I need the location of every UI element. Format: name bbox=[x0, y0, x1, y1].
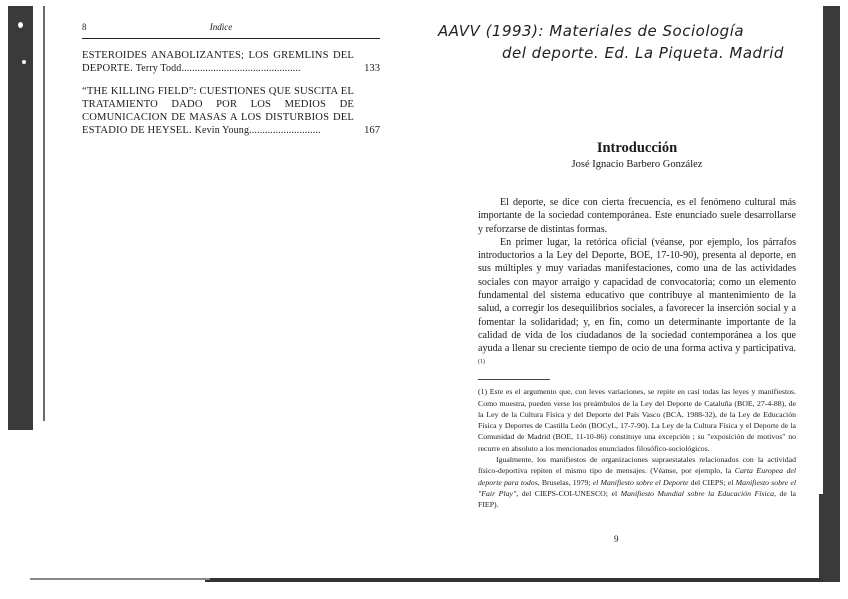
body-paragraph: En primer lugar, la retórica oficial (vé… bbox=[478, 236, 796, 371]
toc-entry-page: 133 bbox=[354, 62, 380, 75]
scan-speck bbox=[22, 60, 26, 64]
scan-binding-edge-right bbox=[823, 6, 840, 494]
footnote-1-continuation: Igualmente, los manifiestos de organizac… bbox=[478, 454, 796, 510]
toc-entry-page: 167 bbox=[354, 124, 380, 137]
scan-page-edge-bottom bbox=[205, 578, 823, 582]
scan-binding-edge-right-lower bbox=[819, 494, 840, 582]
chapter-author: José Ignacio Barbero González bbox=[478, 159, 796, 170]
page-number: 9 bbox=[614, 534, 619, 544]
toc-entry-author: Kevin Young bbox=[195, 125, 249, 136]
left-page: 8 Indice ESTEROIDES ANABOLIZANTES; LOS G… bbox=[82, 22, 380, 137]
body-paragraph: El deporte, se dice con cierta frecuenci… bbox=[478, 196, 796, 236]
scan-speck bbox=[18, 22, 23, 28]
right-page: Introducción José Ignacio Barbero Gonzál… bbox=[478, 140, 796, 510]
toc-entry[interactable]: ESTEROIDES ANABOLIZANTES; LOS GREMLINS D… bbox=[82, 49, 380, 75]
toc-leader-dots: ........................................… bbox=[181, 63, 300, 74]
running-head: 8 Indice bbox=[82, 22, 380, 39]
handwritten-citation-line-2: del deporte. Ed. La Piqueta. Madrid bbox=[502, 44, 784, 62]
chapter-title: Introducción bbox=[478, 140, 796, 157]
footnote-reference[interactable]: (1) bbox=[478, 359, 485, 365]
scan-binding-edge-left bbox=[8, 6, 33, 430]
handwritten-citation-line-1: AAVV (1993): Materiales de Sociología bbox=[438, 22, 744, 40]
scan-page-edge-left bbox=[43, 6, 45, 421]
toc-leader-dots: ........................... bbox=[249, 125, 321, 136]
running-head-title: Indice bbox=[102, 22, 340, 32]
toc-entry[interactable]: “THE KILLING FIELD”: CUESTIONES QUE SUSC… bbox=[82, 85, 380, 137]
footnote-1: (1) Este es el argumento que, con leves … bbox=[478, 386, 796, 454]
scan-page-edge-bottom-left bbox=[30, 578, 210, 580]
footnotes: (1) Este es el argumento que, con leves … bbox=[478, 386, 796, 510]
footnote-separator bbox=[478, 379, 550, 380]
page-number: 8 bbox=[82, 22, 102, 32]
body-text: El deporte, se dice con cierta frecuenci… bbox=[478, 196, 796, 371]
toc-entry-author: Terry Todd bbox=[136, 63, 182, 74]
